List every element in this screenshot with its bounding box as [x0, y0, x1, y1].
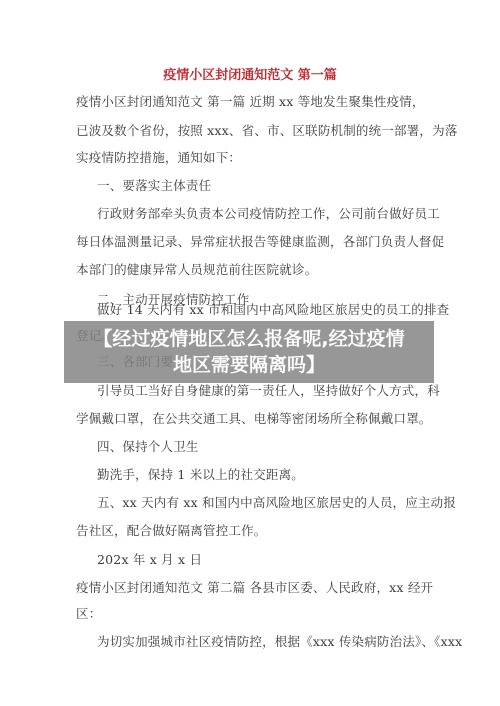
paragraph-line: 已波及数个省份，按照 xxx、省、市、区联防机制的统一部署，为落 [76, 121, 458, 139]
paragraph-line: 勤洗手，保持 1 米以上的社交距离。 [97, 465, 304, 483]
paragraph-line: 引导员工当好自身健康的第一责任人，坚持做好个人方式，科 [97, 381, 440, 399]
paragraph-line: 告社区，配合做好隔离管控工作。 [76, 521, 267, 539]
paragraph-line: 区： [76, 604, 101, 622]
overlay-banner: 【经过疫情地区怎么报备呢,经过疫情 地区需要隔离吗】 [64, 321, 434, 383]
overlay-title-line-1: 【经过疫情地区怎么报备呢,经过疫情 [93, 326, 404, 352]
overlay-title-line-2: 地区需要隔离吗】 [173, 352, 325, 378]
document-title: 疫情小区封闭通知范文 第一篇 [0, 64, 500, 83]
date-line: 202x 年 x 月 x 日 [97, 550, 202, 568]
paragraph-line: 为切实加强城市社区疫情防控，根据《xxx 传染病防治法》、《xxx [97, 632, 462, 650]
paragraph-line: 每日体温测量记录、异常症状报告等健康监测，各部门负责人督促 [76, 232, 444, 250]
paragraph-line: 行政财务部牵头负责本公司疫情防控工作，公司前台做好员工 [97, 204, 440, 222]
paragraph-line: 实疫情防控措施，通知如下： [76, 148, 241, 166]
section-heading: 一、要落实主体责任 [97, 176, 211, 194]
section-heading: 四、保持个人卫生 [97, 437, 199, 455]
paragraph-line: 疫情小区封闭通知范文 第一篇 近期 xx 等地发生聚集性疫情， [76, 92, 425, 110]
paragraph-line: 本部门的健康异常人员规范前往医院就诊。 [76, 260, 317, 278]
paragraph-line: 疫情小区封闭通知范文 第二篇 各县市区委、人民政府，xx 经开 [76, 578, 433, 596]
document-page: 疫情小区封闭通知范文 第一篇 疫情小区封闭通知范文 第一篇 近期 xx 等地发生… [0, 0, 500, 706]
paragraph-line: 五、xx 天内有 xx 和国内中高风险地区旅居史的人员，应主动报 [97, 493, 456, 511]
paragraph-line: 做好 14 天内有 xx 市和国内中高风险地区旅居史的员工的排查 [97, 300, 449, 318]
paragraph-line: 学佩戴口罩，在公共交通工具、电梯等密闭场所全称佩戴口罩。 [76, 409, 432, 427]
